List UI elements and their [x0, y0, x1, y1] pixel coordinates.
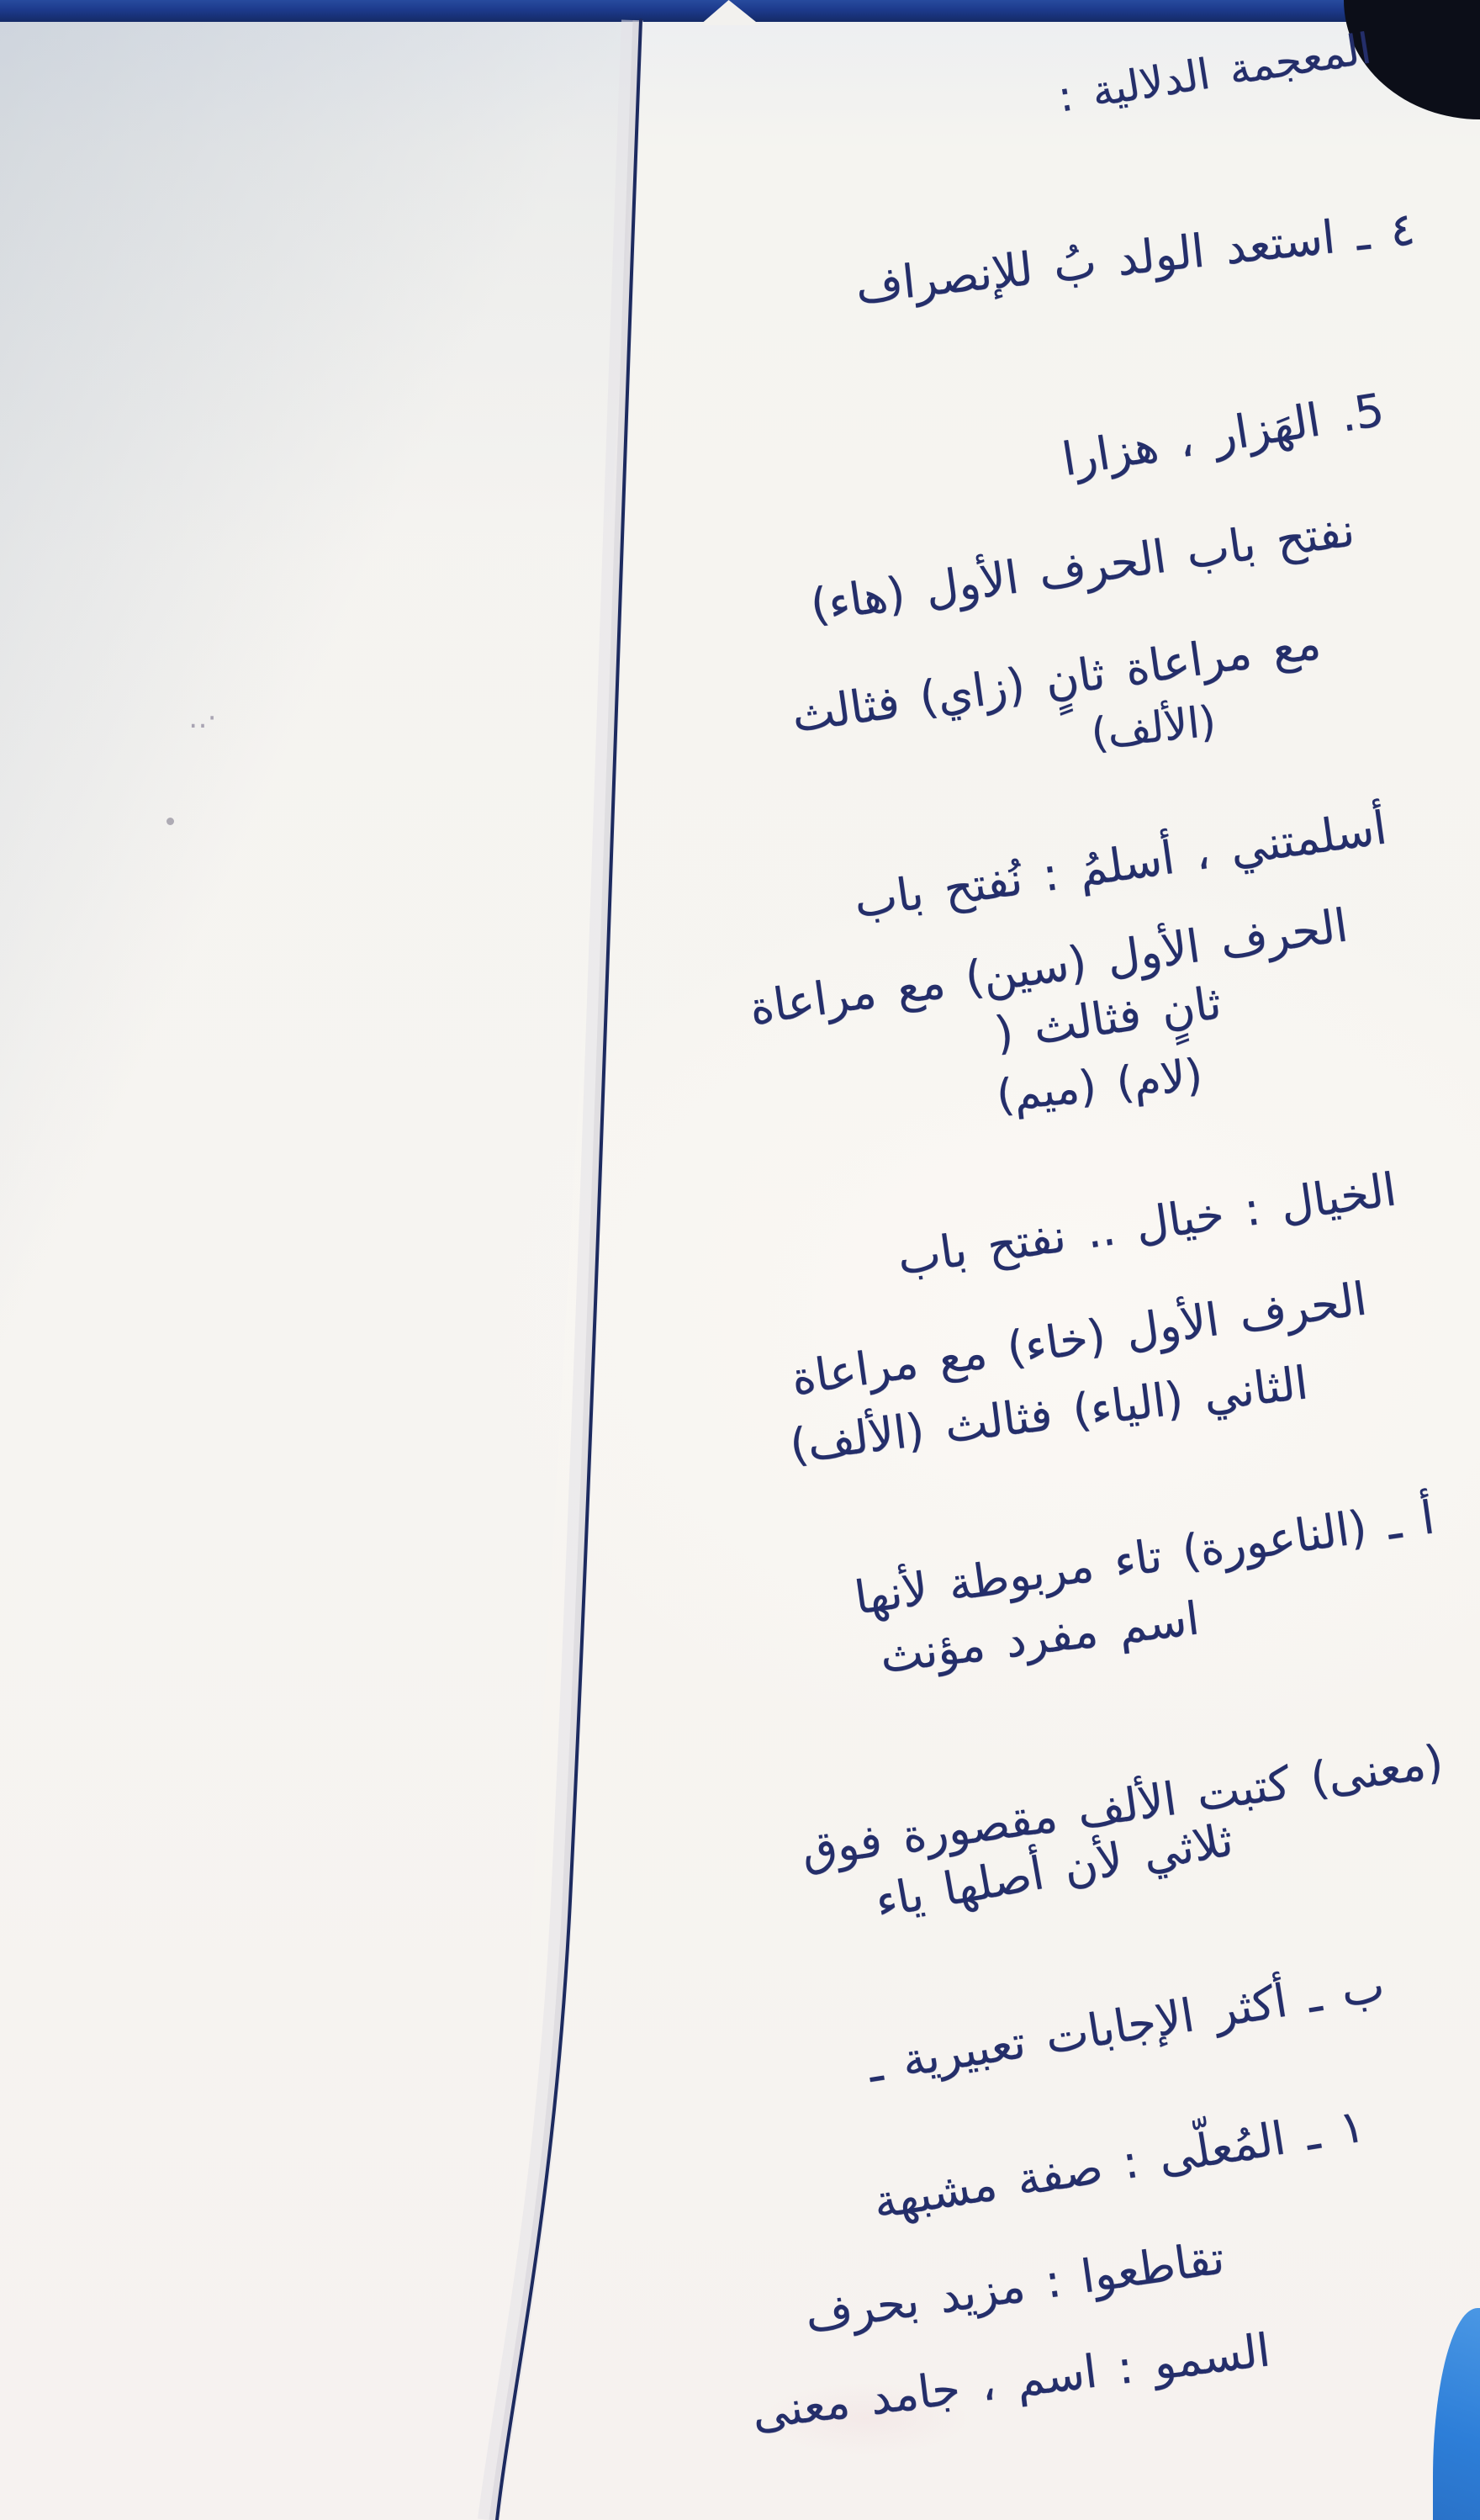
handwritten-line: (الألف)	[1088, 696, 1218, 758]
handwritten-line-item5: 5. الهَزار ، هزارا	[1059, 383, 1387, 486]
ink-bleed-dot	[166, 818, 174, 825]
handwritten-line: السمو : اسم ، جامد معنى	[749, 2323, 1273, 2439]
handwritten-line: نفتح باب الحرف الأول (هاء)	[807, 503, 1358, 632]
handwritten-line-item4: ٤ ـ استعد الولد بُ للإنصراف	[853, 202, 1417, 313]
ink-bleed-mark: ‥·	[188, 701, 217, 735]
handwritten-line-item-b: ب ـ أكثر الإجابات تعبيرية ـ	[864, 1958, 1387, 2092]
handwritten-line: (لام) (ميم)	[995, 1050, 1206, 1121]
handwritten-line-item-1: ١ ـ المُعلّى : صفة مشبهة	[870, 2099, 1368, 2228]
notebook-cover-bottom-right	[1433, 2308, 1480, 2520]
handwritten-line: الخيال : خيال .. نفتح باب	[895, 1162, 1400, 1285]
handwritten-line-header: المعجمة الدلالية :	[1054, 24, 1374, 121]
handwritten-line: مع مراعاة ثانٍ (زاي) فثالث	[789, 616, 1324, 743]
notebook-page-photo: ‥· المعجمة الدلالية : ٤ ـ استعد الولد بُ…	[0, 0, 1480, 2520]
handwritten-line: تقاطعوا : مزيد بحرف	[801, 2231, 1227, 2342]
